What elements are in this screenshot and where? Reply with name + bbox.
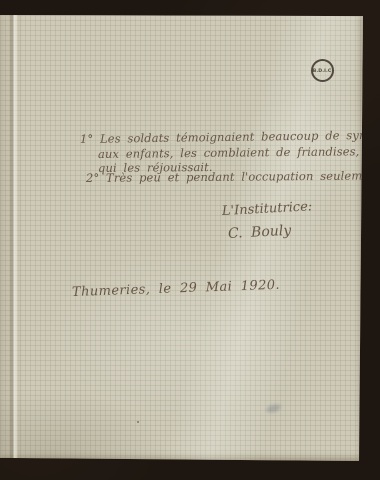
signature-role: L'Institutrice: (222, 199, 313, 219)
handwriting-line-2: aux enfants, les comblaient de friandise… (98, 144, 380, 161)
scanned-page: B.D.I.C 1° Les soldats témoignaient beau… (0, 15, 363, 461)
signature-name: C. Bouly (228, 223, 292, 242)
scan-viewport: B.D.I.C 1° Les soldats témoignaient beau… (0, 0, 380, 480)
paper-fold-crease (0, 15, 363, 461)
stamp-label: B.D.I.C (313, 68, 332, 73)
ink-speck (137, 421, 139, 423)
ink-smudge (265, 403, 281, 414)
bdic-library-stamp: B.D.I.C (311, 59, 334, 82)
dateline: Thumeries, le 29 Mai 1920. (72, 278, 280, 300)
handwriting-line-4: 2° Très peu et pendant l'occupation seul… (86, 168, 380, 185)
handwriting-line-1: 1° Les soldats témoignaient beaucoup de … (80, 127, 380, 146)
